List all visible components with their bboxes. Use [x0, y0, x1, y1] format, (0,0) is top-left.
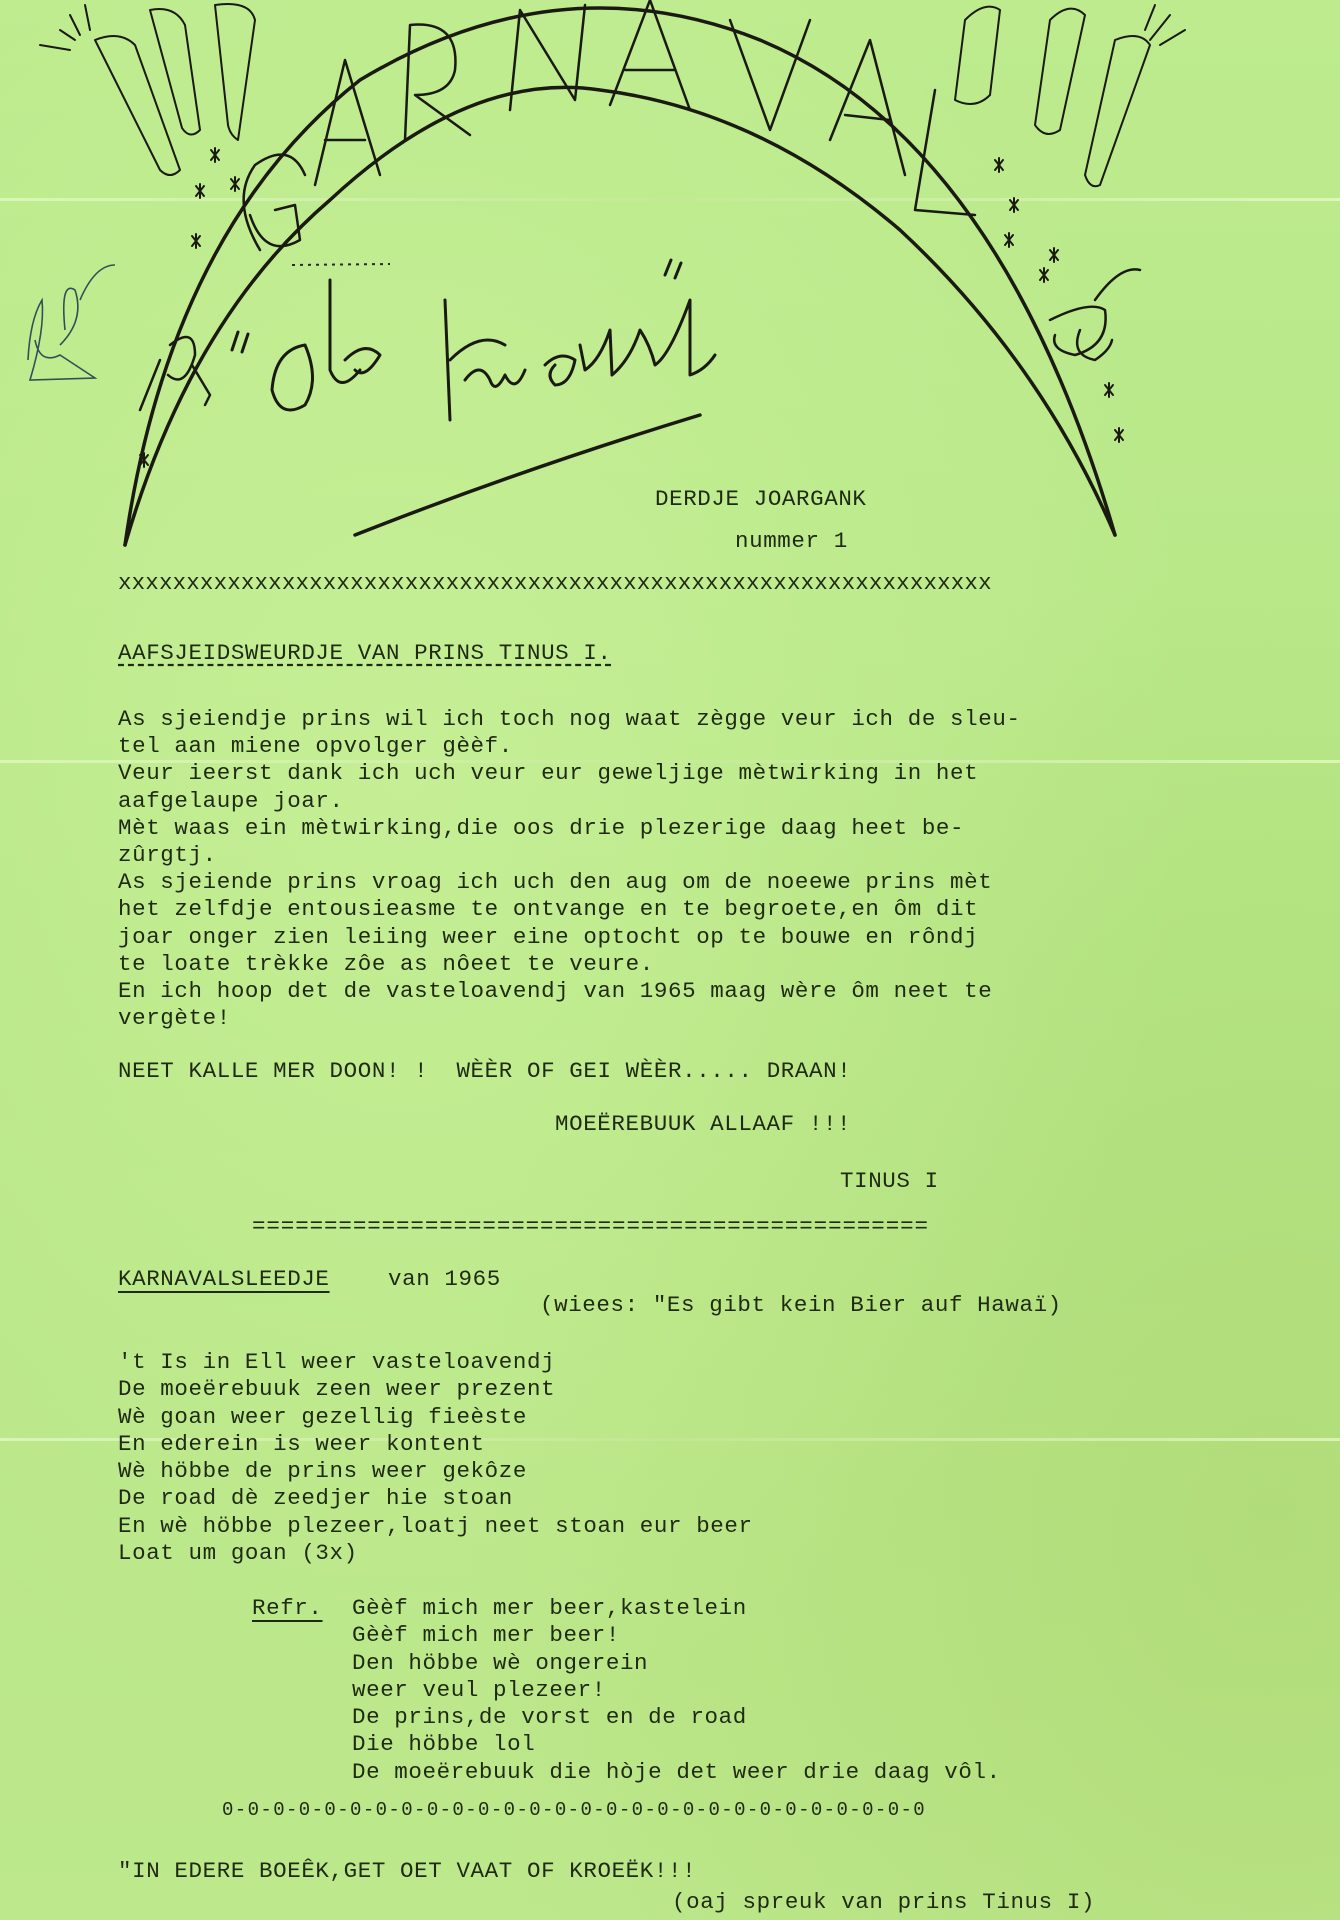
signature: TINUS I [840, 1168, 939, 1195]
divider-equals-rule: ========================================… [252, 1213, 929, 1240]
verse-line: De moeërebuuk zeen weer prezent [118, 1376, 753, 1403]
newsletter-name-script [232, 260, 715, 535]
song-heading-year: van 1965 [388, 1266, 501, 1293]
body-line: joar onger zien leiing weer eine optocht… [118, 924, 1021, 951]
refrain-label: Refr. [252, 1595, 323, 1622]
verse-line: En wè höbbe plezeer,loatj neet stoan eur… [118, 1513, 753, 1540]
verse-line: Wè höbbe de prins weer gekôze [118, 1458, 753, 1485]
body-line: aafgelaupe joar. [118, 788, 1021, 815]
divider-x-rule: xxxxxxxxxxxxxxxxxxxxxxxxxxxxxxxxxxxxxxxx… [118, 570, 992, 597]
volume-label: DERDJE JOARGANK [655, 486, 867, 513]
verse-line: De road dè zeedjer hie stoan [118, 1485, 753, 1512]
motto-attribution: (oaj spreuk van prins Tinus I) [672, 1889, 1095, 1916]
refrain-line: De moeërebuuk die hòje det weer drie daa… [352, 1759, 1001, 1786]
refrain-line: Den höbbe wè ongerein [352, 1650, 1001, 1677]
typed-mark [292, 264, 390, 265]
carnival-cheer: MOEËREBUUK ALLAAF !!! [555, 1111, 851, 1138]
issue-number: nummer 1 [735, 528, 848, 555]
handwritten-note [28, 265, 115, 380]
body-line: As sjeiende prins vroag ich uch den aug … [118, 869, 1021, 896]
body-line: As sjeiendje prins wil ich toch nog waat… [118, 706, 1021, 733]
song-refrain: Gèèf mich mer beer,kasteleinGèèf mich me… [352, 1595, 1001, 1786]
song-tune-note: (wiees: "Es gibt kein Bier auf Hawaï) [540, 1292, 1062, 1319]
divider-o-rule: 0-0-0-0-0-0-0-0-0-0-0-0-0-0-0-0-0-0-0-0-… [222, 1797, 926, 1824]
star-icon [995, 158, 1123, 442]
refrain-line: Gèèf mich mer beer,kastelein [352, 1595, 1001, 1622]
verse-line: Loat um goan (3x) [118, 1540, 753, 1567]
body-line: Veur ieerst dank ich uch veur eur gewelj… [118, 760, 1021, 787]
arch-title-letters [244, 0, 975, 250]
body-line: En ich hoop det de vasteloavendj van 196… [118, 978, 1021, 1005]
body-line: vergète! [118, 1005, 1021, 1032]
refrain-line: De prins,de vorst en de road [352, 1704, 1001, 1731]
refrain-line: Gèèf mich mer beer! [352, 1622, 1001, 1649]
carrot-icon [955, 5, 1185, 186]
farewell-body: As sjeiendje prins wil ich toch nog waat… [118, 706, 1021, 1032]
body-line: zûrgtj. [118, 842, 1021, 869]
year-numerals [140, 269, 1140, 410]
song-heading: KARNAVALSLEEDJE [118, 1266, 330, 1293]
carrot-icon [40, 4, 255, 175]
closing-motto: "IN EDERE BOEÊK,GET OET VAAT OF KROEËK!!… [118, 1858, 696, 1885]
refrain-line: weer veul plezeer! [352, 1677, 1001, 1704]
body-line: tel aan miene opvolger gèèf. [118, 733, 1021, 760]
body-line: het zelfdje entousieasme te ontvange en … [118, 896, 1021, 923]
body-line: Mèt waas ein mètwirking,die oos drie ple… [118, 815, 1021, 842]
farewell-heading: AAFSJEIDSWEURDJE VAN PRINS TINUS I. [118, 640, 612, 667]
verse-line: 't Is in Ell weer vasteloavendj [118, 1349, 753, 1376]
refrain-line: Die höbbe lol [352, 1731, 1001, 1758]
verse-line: En ederein is weer kontent [118, 1431, 753, 1458]
farewell-slogan: NEET KALLE MER DOON! ! WÈÈR OF GEI WÈÈR.… [118, 1058, 851, 1085]
song-verse: 't Is in Ell weer vasteloavendjDe moeëre… [118, 1349, 753, 1567]
body-line: te loate trèkke zôe as nôeet te veure. [118, 951, 1021, 978]
verse-line: Wè goan weer gezellig fieèste [118, 1404, 753, 1431]
